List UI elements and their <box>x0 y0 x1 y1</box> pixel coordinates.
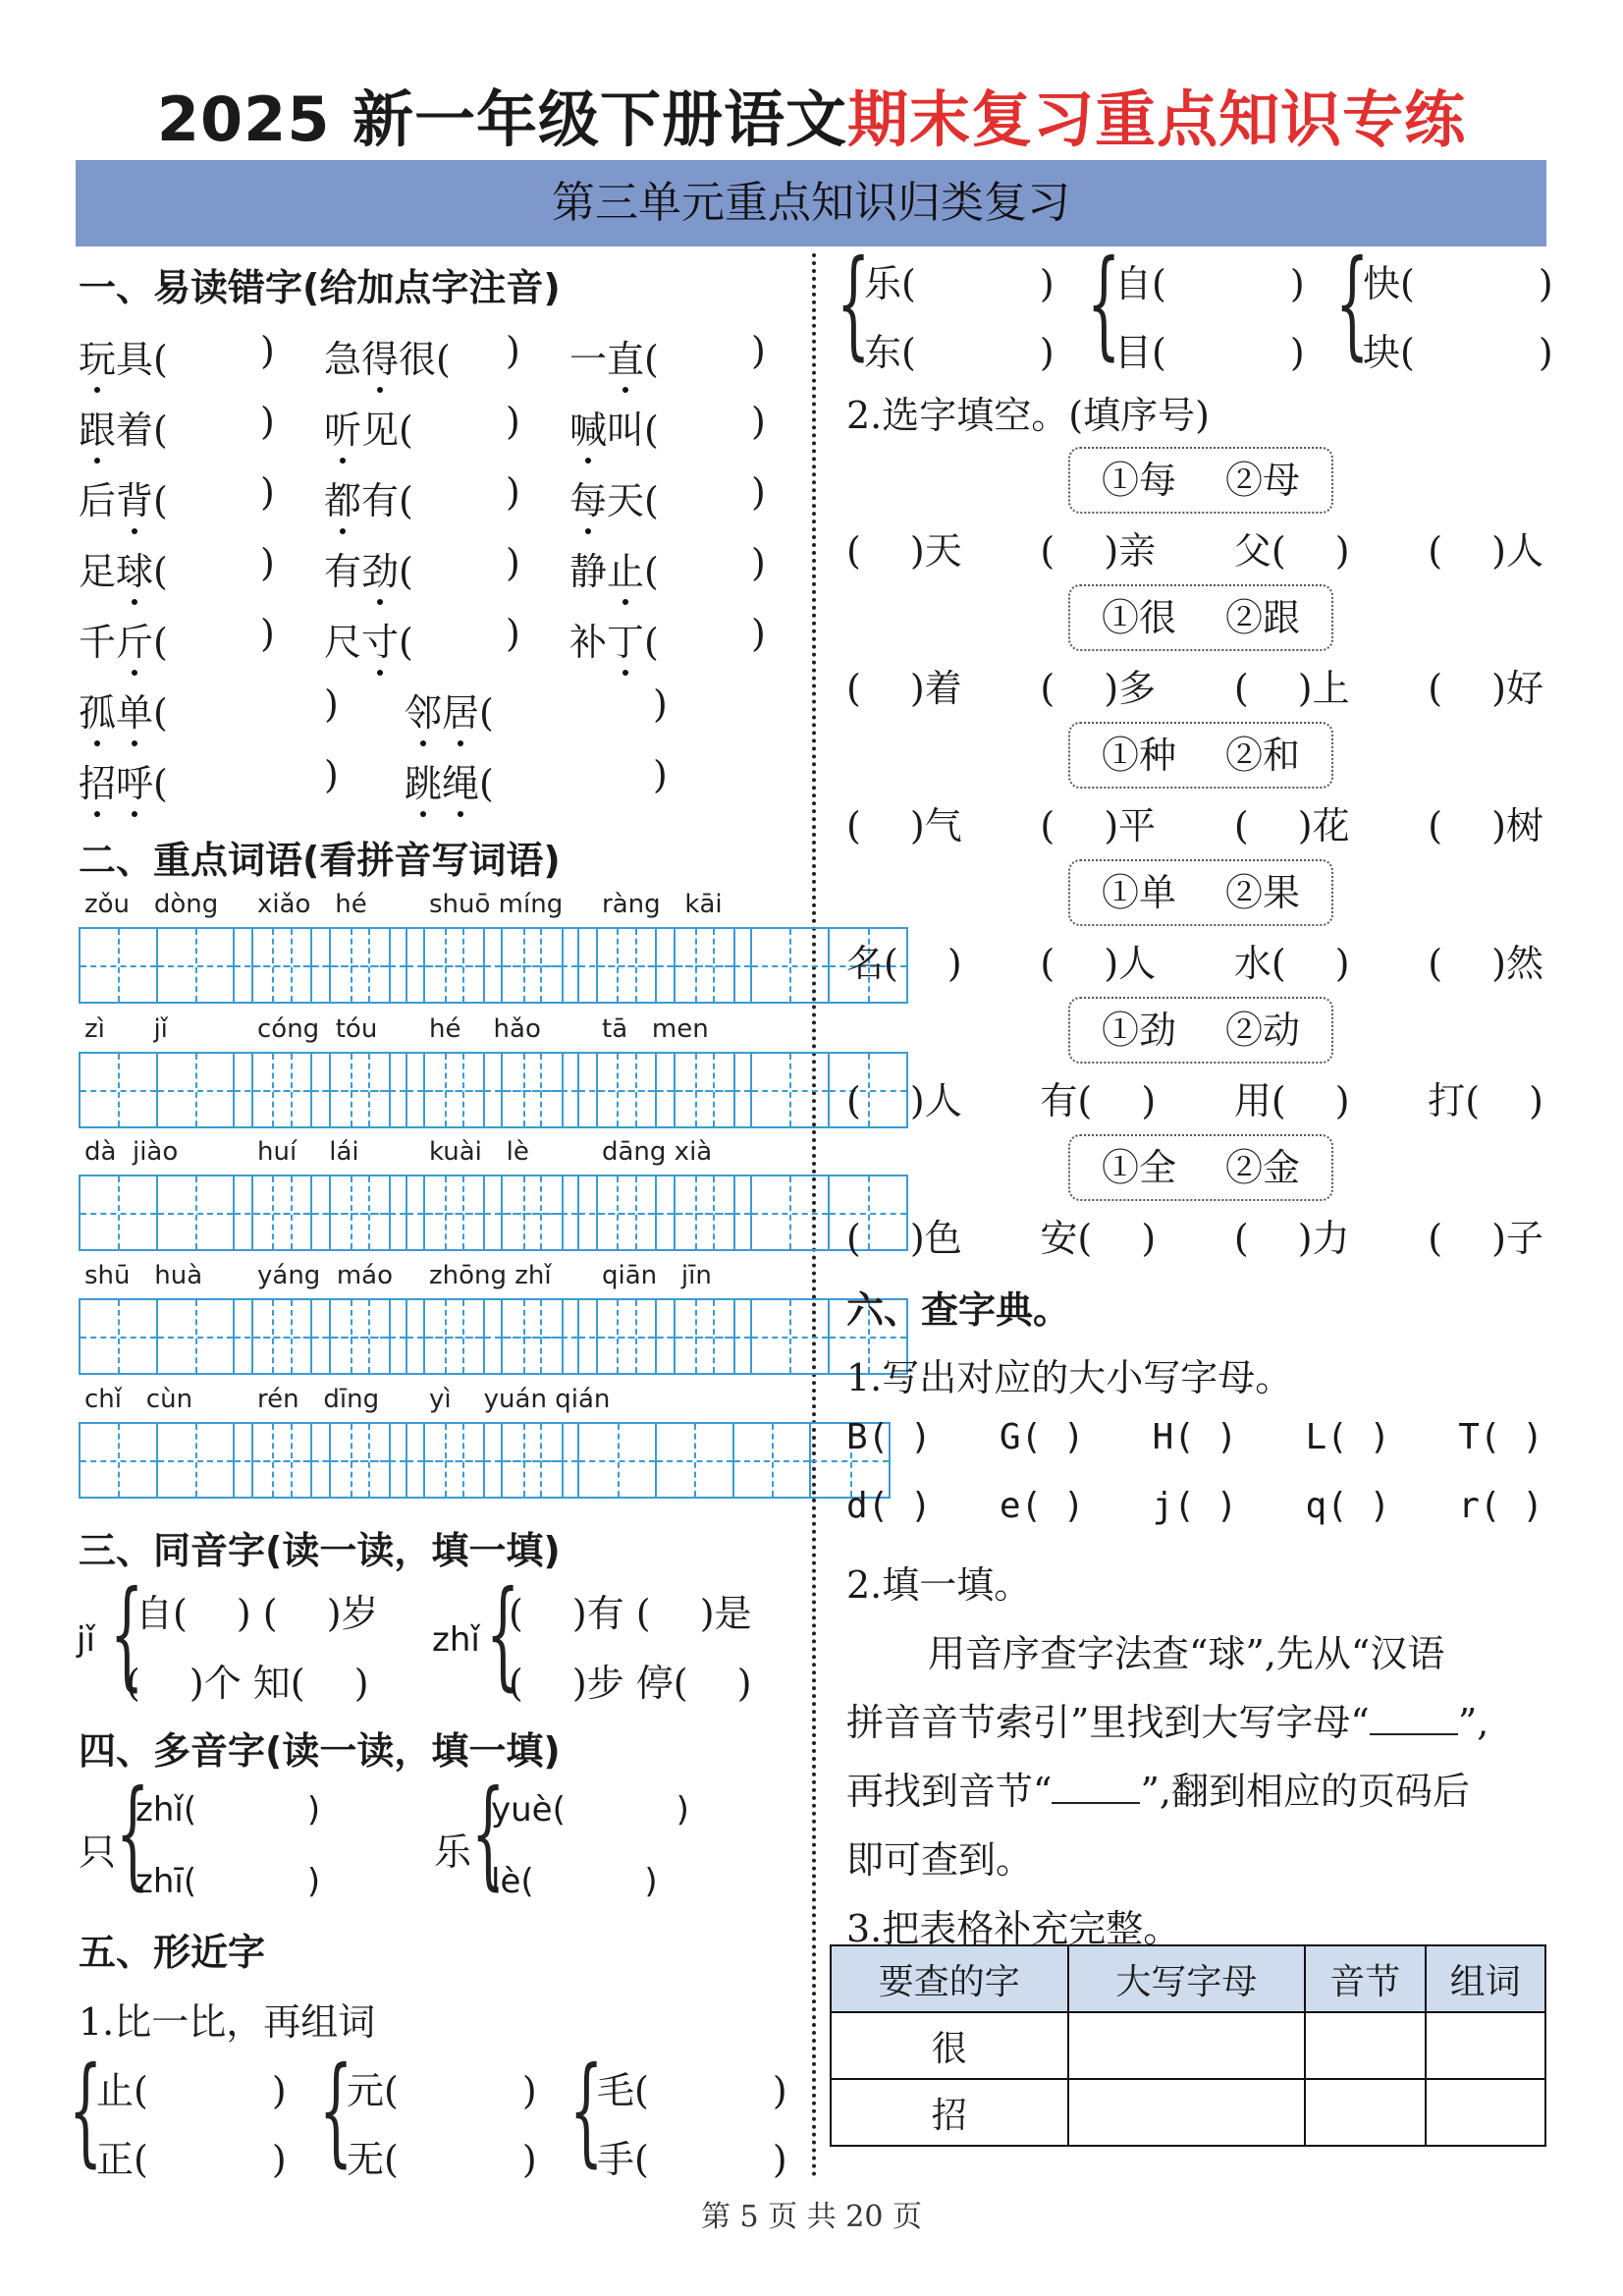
fill-blank-item[interactable]: 有( ) <box>1040 1070 1156 1124</box>
grid-cell[interactable] <box>425 1054 503 1126</box>
grid-cell[interactable] <box>503 1300 580 1373</box>
polyphone-le-line1: yuè( ) <box>491 1782 689 1831</box>
lowercase-letter-row: d( )e( )j( )q( )r( ) <box>846 1486 1543 1526</box>
answer-blank[interactable]: ) <box>260 612 275 655</box>
option-box: ①每 ②母 <box>1068 447 1333 514</box>
dotted-char: 每 <box>569 470 607 524</box>
letter-blank[interactable]: L( ) <box>1305 1417 1390 1457</box>
title-red: 期末复习重点知识专练 <box>847 83 1466 155</box>
grid-cell[interactable] <box>676 929 753 1002</box>
letter-blank[interactable]: G( ) <box>1000 1417 1085 1457</box>
answer-blank[interactable]: ) <box>506 400 520 443</box>
grid-cell[interactable] <box>503 1424 580 1497</box>
option-box: ①很 ②跟 <box>1068 584 1333 651</box>
pinyin-label: cóng tóu <box>257 1014 377 1044</box>
grid-cell[interactable] <box>253 1300 331 1373</box>
grid-cell[interactable] <box>81 1300 158 1373</box>
dotted-char: 球 <box>116 541 153 595</box>
grid-cell[interactable] <box>676 1300 753 1373</box>
open-paren: ( <box>399 621 413 664</box>
answer-blank[interactable]: ) <box>506 470 520 514</box>
grid-cell[interactable] <box>81 1424 158 1497</box>
fill-blank-item[interactable]: ( )天 <box>846 520 962 574</box>
section-5-heading: 五、形近字 <box>79 1922 265 1976</box>
homophone-ji-line2: ( )个 知( ) <box>126 1653 369 1707</box>
easy-misread-item: 后背( <box>79 470 168 524</box>
answer-blank[interactable]: ) <box>324 753 339 796</box>
grid-cell[interactable] <box>598 929 676 1002</box>
answer-blank[interactable]: ) <box>751 329 766 372</box>
letter-blank[interactable]: H( ) <box>1153 1417 1238 1457</box>
section-1-heading: 一、易读错字(给加点字注音) <box>79 257 561 311</box>
fill-blank-item[interactable]: ( )树 <box>1428 795 1543 849</box>
fill-blank-item[interactable]: 安( ) <box>1040 1208 1156 1262</box>
dotted-char: 邻 <box>405 683 442 737</box>
fill-blank-item[interactable]: 水( ) <box>1234 933 1350 987</box>
fill-row: ( )着( )多( )上( )好 <box>846 658 1543 712</box>
option-box: ①劲 ②动 <box>1068 997 1333 1064</box>
easy-misread-item: 孤单( <box>79 683 168 737</box>
grid-cell[interactable] <box>331 929 408 1002</box>
fill-blank-item[interactable]: ( )平 <box>1040 795 1156 849</box>
section-6-q2: 2.填一填。 <box>846 1555 1031 1609</box>
grid-cell[interactable] <box>158 1176 236 1249</box>
grid-cell[interactable] <box>503 1054 580 1126</box>
easy-misread-item: 静止( <box>569 541 659 595</box>
open-paren: ( <box>436 338 451 381</box>
paragraph-line-3a: 再找到音节“ <box>846 1770 1052 1813</box>
word-char: 有 <box>324 550 361 593</box>
fill-blank-item[interactable]: ( )多 <box>1040 658 1156 712</box>
dotted-char: 绳 <box>442 753 479 807</box>
answer-blank[interactable]: ) <box>260 470 275 514</box>
fill-blank-item[interactable]: ( )人 <box>1040 933 1156 987</box>
similar-char-b[interactable]: 手( ) <box>597 2129 787 2183</box>
answer-blank[interactable]: ) <box>324 683 339 726</box>
open-paren: ( <box>153 621 168 664</box>
grid-cell[interactable] <box>158 1424 236 1497</box>
unit-subtitle: 第三单元重点知识归类复习 <box>76 160 1546 246</box>
open-paren: ( <box>399 479 413 522</box>
polyphone-char-zhi: 只 <box>79 1822 116 1876</box>
open-paren: ( <box>153 762 168 805</box>
table-header-syllable: 音节 <box>1305 1945 1425 2012</box>
pinyin-label: qiān jīn <box>602 1261 712 1290</box>
pinyin-label: yáng máo <box>257 1261 393 1290</box>
easy-misread-item: 喊叫( <box>569 400 659 454</box>
dotted-char: 招 <box>79 753 116 807</box>
pinyin-label: zì jǐ <box>84 1014 168 1044</box>
letter-blank[interactable]: B( ) <box>846 1417 932 1457</box>
word-char: 足 <box>79 550 116 593</box>
fill-row: 名( )( )人水( )( )然 <box>846 933 1543 987</box>
open-paren: ( <box>644 550 659 593</box>
word-char: 着 <box>116 409 153 452</box>
homophone-key-zhi: zhǐ <box>432 1620 480 1660</box>
pinyin-label: shū huà <box>84 1261 202 1290</box>
pinyin-label: tā men <box>602 1014 709 1044</box>
polyphone-le-line2: lè( ) <box>491 1854 658 1902</box>
paragraph-line-1: 用音序查字法查“球”,先从“汉语 <box>928 1623 1444 1677</box>
letter-blank[interactable]: q( ) <box>1305 1486 1390 1526</box>
paragraph-line-3b: ”,翻到相应的页码后 <box>1140 1770 1470 1813</box>
section-2-heading: 二、重点词语(看拼音写词语) <box>79 830 561 884</box>
similar-char-b[interactable]: 块( ) <box>1363 322 1553 376</box>
grid-cell[interactable] <box>331 1300 408 1373</box>
pinyin-label: shuō míng <box>429 890 563 919</box>
polyphone-zhi-line1: zhǐ( ) <box>135 1782 320 1831</box>
dotted-char: 单 <box>116 683 153 737</box>
section-5-q2: 2.选字填空。(填序号) <box>846 385 1210 439</box>
grid-cell[interactable] <box>598 1054 676 1126</box>
table-cell-word[interactable] <box>1426 2079 1545 2146</box>
word-char: 见 <box>361 409 399 452</box>
pinyin-label: zhōng zhǐ <box>429 1261 552 1290</box>
word-char: 补 <box>569 621 607 664</box>
easy-misread-item: 招呼( <box>79 753 168 807</box>
answer-blank[interactable]: ) <box>751 470 766 514</box>
open-paren: ( <box>153 409 168 452</box>
word-char: 急 <box>324 338 361 381</box>
homophone-zhi-line1: ( )有 ( )是 <box>509 1583 752 1637</box>
dotted-char: 背 <box>116 470 153 524</box>
similar-char-a[interactable]: 止( ) <box>96 2060 287 2114</box>
dotted-char: 呼 <box>116 753 153 807</box>
letter-blank[interactable]: T( ) <box>1458 1417 1543 1457</box>
table-header-char: 要查的字 <box>831 1945 1068 2012</box>
dotted-char: 寸 <box>361 612 399 666</box>
grid-cell[interactable] <box>657 1424 734 1497</box>
answer-blank[interactable]: ) <box>260 541 275 584</box>
word-char: 静 <box>569 550 607 593</box>
paragraph-line-4: 即可查到。 <box>846 1830 1033 1884</box>
easy-misread-item: 每天( <box>569 470 659 524</box>
fill-blank-item[interactable]: ( )上 <box>1234 658 1350 712</box>
open-paren: ( <box>153 550 168 593</box>
fill-row: ( )气( )平( )花( )树 <box>846 795 1543 849</box>
answer-blank[interactable]: ) <box>751 541 766 584</box>
pinyin-label: yì yuán qián <box>429 1385 610 1414</box>
open-paren: ( <box>644 409 659 452</box>
pinyin-label: ràng kāi <box>602 890 723 919</box>
fill-blank-item[interactable]: ( )人 <box>1428 520 1543 574</box>
document-title: 2025 新一年级下册语文期末复习重点知识专练 <box>0 71 1623 158</box>
grid-cell[interactable] <box>734 1424 812 1497</box>
easy-misread-item: 有劲( <box>324 541 413 595</box>
unit-banner: 第三单元重点知识归类复习 <box>76 160 1546 246</box>
paragraph-line-3: 再找到音节“”,翻到相应的页码后 <box>846 1761 1470 1815</box>
grid-cell[interactable] <box>253 1054 331 1126</box>
table-cell-char: 很 <box>831 2012 1068 2079</box>
pinyin-label: rén dīng <box>257 1385 379 1414</box>
grid-cell[interactable] <box>253 929 331 1002</box>
paragraph-line-2b: ”, <box>1458 1701 1489 1744</box>
grid-cell[interactable] <box>331 1176 408 1249</box>
grid-cell[interactable] <box>503 1176 580 1249</box>
similar-char-a[interactable]: 毛( ) <box>597 2060 787 2114</box>
grid-cell[interactable] <box>425 1424 503 1497</box>
easy-misread-item: 跟着( <box>79 400 168 454</box>
word-char: 尺 <box>324 621 361 664</box>
pinyin-label: huí lái <box>257 1137 359 1167</box>
word-char: 具 <box>116 338 153 381</box>
section-6-q1: 1.写出对应的大小写字母。 <box>846 1347 1292 1401</box>
option-box: ①种 ②和 <box>1068 722 1333 789</box>
dotted-char: 跟 <box>79 400 116 454</box>
word-char: 叫 <box>607 409 644 452</box>
grid-cell[interactable] <box>598 1300 676 1373</box>
title-black: 2025 新一年级下册语文 <box>157 83 847 155</box>
word-char: 千 <box>79 621 116 664</box>
grid-cell[interactable] <box>752 1054 830 1126</box>
easy-misread-item: 一直( <box>569 329 659 383</box>
fill-row: ( )人有( )用( )打( ) <box>846 1070 1543 1124</box>
word-char: 一 <box>569 338 607 381</box>
pinyin-label: zǒu dòng <box>84 890 218 919</box>
dotted-char: 孤 <box>79 683 116 737</box>
grid-cell[interactable] <box>253 1176 331 1249</box>
table-header-word: 组词 <box>1426 1945 1545 2012</box>
grid-cell[interactable] <box>676 1176 753 1249</box>
open-paren: ( <box>153 479 168 522</box>
table-cell-uppercase[interactable] <box>1068 2079 1306 2146</box>
page-footer: 第 5 页 共 20 页 <box>0 2192 1623 2235</box>
paragraph-line-2: 拼音音节索引”里找到大写字母“”, <box>846 1692 1488 1746</box>
easy-misread-item: 补丁( <box>569 612 659 666</box>
grid-cell[interactable] <box>81 1054 158 1126</box>
easy-misread-item: 千斤( <box>79 612 168 666</box>
table-row: 招 <box>831 2079 1545 2146</box>
letter-blank[interactable]: j( ) <box>1153 1486 1238 1526</box>
pinyin-label: chǐ cùn <box>84 1385 192 1414</box>
table-cell-syllable[interactable] <box>1305 2012 1425 2079</box>
option-box: ①单 ②果 <box>1068 859 1333 926</box>
grid-cell[interactable] <box>598 1176 676 1249</box>
similar-char-a[interactable]: 元( ) <box>347 2060 537 2114</box>
pinyin-label: dà jiào <box>84 1137 178 1167</box>
dotted-char: 玩 <box>79 329 116 383</box>
similar-char-a[interactable]: 快( ) <box>1363 253 1553 307</box>
answer-blank[interactable]: ) <box>751 400 766 443</box>
open-paren: ( <box>644 338 659 381</box>
dotted-char: 劲 <box>361 541 399 595</box>
fill-blank-item[interactable]: ( )色 <box>846 1208 962 1262</box>
table-cell-word[interactable] <box>1426 2012 1545 2079</box>
dotted-char: 喊 <box>569 400 607 454</box>
dotted-char: 跳 <box>405 753 442 807</box>
grid-cell[interactable] <box>425 1300 503 1373</box>
table-header-row: 要查的字 大写字母 音节 组词 <box>831 1945 1545 2012</box>
fill-blank-item[interactable]: 用( ) <box>1234 1070 1350 1124</box>
easy-misread-item: 听见( <box>324 400 413 454</box>
table-row: 很 <box>831 2012 1545 2079</box>
fill-blank-item[interactable]: ( )子 <box>1428 1208 1543 1262</box>
grid-cell[interactable] <box>81 1176 158 1249</box>
easy-misread-item: 都有( <box>324 470 413 524</box>
grid-cell[interactable] <box>752 1176 830 1249</box>
dotted-char: 丁 <box>607 612 644 666</box>
easy-misread-item: 玩具( <box>79 329 168 383</box>
word-char: 有 <box>361 479 399 522</box>
easy-misread-item: 跳绳( <box>405 753 494 807</box>
fill-blank-item[interactable]: ( )亲 <box>1040 520 1156 574</box>
pinyin-label: xiǎo hé <box>257 890 367 919</box>
grid-cell[interactable] <box>158 1300 236 1373</box>
dotted-char: 听 <box>324 400 361 454</box>
fill-blank-item[interactable]: 打( ) <box>1428 1070 1543 1124</box>
answer-blank[interactable]: ) <box>506 329 520 372</box>
option-box: ①全 ②金 <box>1068 1134 1333 1201</box>
fill-blank-item[interactable]: ( )气 <box>846 795 962 849</box>
fill-row: ( )天( )亲父( )( )人 <box>846 520 1543 574</box>
fill-blank-item[interactable]: ( )花 <box>1234 795 1350 849</box>
homophone-key-ji: jǐ <box>77 1620 95 1660</box>
grid-cell[interactable] <box>676 1054 753 1126</box>
word-char: 后 <box>79 479 116 522</box>
polyphone-char-le: 乐 <box>434 1822 471 1876</box>
grid-cell[interactable] <box>253 1424 331 1497</box>
grid-cell[interactable] <box>331 1054 408 1126</box>
grid-cell[interactable] <box>81 929 158 1002</box>
open-paren: ( <box>479 762 494 805</box>
homophone-ji-line1: 自( ) ( )岁 <box>135 1583 379 1637</box>
section-5-q1: 1.比一比，再组词 <box>79 1992 375 2046</box>
grid-cell[interactable] <box>331 1424 408 1497</box>
uppercase-letter-row: B( )G( )H( )L( )T( ) <box>846 1417 1543 1457</box>
answer-blank[interactable]: ) <box>653 753 668 796</box>
table-cell-uppercase[interactable] <box>1068 2012 1306 2079</box>
dotted-char: 止 <box>607 541 644 595</box>
answer-blank[interactable]: ) <box>653 683 668 726</box>
table-header-uppercase: 大写字母 <box>1068 1945 1306 2012</box>
section-6-heading: 六、查字典。 <box>846 1280 1070 1334</box>
open-paren: ( <box>153 691 168 735</box>
grid-cell[interactable] <box>425 1176 503 1249</box>
open-paren: ( <box>479 691 494 735</box>
letter-blank[interactable]: r( ) <box>1458 1486 1543 1526</box>
similar-char-b[interactable]: 东( ) <box>864 322 1055 376</box>
grid-cell[interactable] <box>752 1300 830 1373</box>
homophone-zhi-line2: ( )步 停( ) <box>509 1653 752 1707</box>
letter-blank[interactable]: d( ) <box>846 1486 932 1526</box>
dictionary-lookup-table: 要查的字 大写字母 音节 组词 很 招 <box>830 1944 1546 2147</box>
uppercase-letter-blank[interactable] <box>1370 1704 1458 1735</box>
word-char: 很 <box>399 338 436 381</box>
polyphone-zhi-line2: zhī( ) <box>135 1854 320 1902</box>
open-paren: ( <box>399 550 413 593</box>
word-char: 天 <box>607 479 644 522</box>
easy-misread-item: 尺寸( <box>324 612 413 666</box>
similar-char-a[interactable]: 乐( ) <box>864 253 1055 307</box>
table-cell-syllable[interactable] <box>1305 2079 1425 2146</box>
dotted-char: 斤 <box>116 612 153 666</box>
open-paren: ( <box>399 409 413 452</box>
grid-cell[interactable] <box>158 929 236 1002</box>
paragraph-line-2a: 拼音音节索引”里找到大写字母“ <box>846 1701 1370 1744</box>
dotted-char: 居 <box>442 683 479 737</box>
pinyin-label: hé hǎo <box>429 1014 541 1044</box>
dotted-char: 直 <box>607 329 644 383</box>
fill-blank-item[interactable]: 父( ) <box>1234 520 1350 574</box>
grid-cell[interactable] <box>425 929 503 1002</box>
syllable-blank[interactable] <box>1052 1773 1140 1804</box>
grid-cell[interactable] <box>503 929 580 1002</box>
pinyin-label: dāng xià <box>602 1137 712 1167</box>
dotted-char: 都 <box>324 470 361 524</box>
answer-blank[interactable]: ) <box>260 400 275 443</box>
answer-blank[interactable]: ) <box>506 541 520 584</box>
fill-blank-item[interactable]: ( )力 <box>1234 1208 1350 1262</box>
answer-blank[interactable]: ) <box>260 329 275 372</box>
fill-blank-item[interactable]: ( )人 <box>846 1070 962 1124</box>
easy-misread-item: 足球( <box>79 541 168 595</box>
similar-char-b[interactable]: 正( ) <box>96 2129 287 2183</box>
grid-cell[interactable] <box>579 1424 657 1497</box>
letter-blank[interactable]: e( ) <box>1000 1486 1085 1526</box>
easy-misread-item: 急得很( <box>324 329 451 383</box>
similar-char-a[interactable]: 自( ) <box>1114 253 1305 307</box>
similar-char-b[interactable]: 无( ) <box>347 2129 537 2183</box>
open-paren: ( <box>644 621 659 664</box>
open-paren: ( <box>153 338 168 381</box>
tianzige-grid[interactable] <box>423 1422 891 1499</box>
easy-misread-item: 邻居( <box>405 683 494 737</box>
grid-cell[interactable] <box>752 929 830 1002</box>
fill-row: ( )色安( )( )力( )子 <box>846 1208 1543 1262</box>
grid-cell[interactable] <box>158 1054 236 1126</box>
similar-char-b[interactable]: 目( ) <box>1114 322 1305 376</box>
pinyin-label: kuài lè <box>429 1137 529 1167</box>
fill-blank-item[interactable]: ( )好 <box>1428 658 1543 712</box>
answer-blank[interactable]: ) <box>506 612 520 655</box>
fill-blank-item[interactable]: ( )然 <box>1428 933 1543 987</box>
fill-blank-item[interactable]: 名( ) <box>846 933 962 987</box>
fill-blank-item[interactable]: ( )着 <box>846 658 962 712</box>
dotted-char: 得 <box>361 329 399 383</box>
open-paren: ( <box>644 479 659 522</box>
table-cell-char: 招 <box>831 2079 1068 2146</box>
answer-blank[interactable]: ) <box>751 612 766 655</box>
